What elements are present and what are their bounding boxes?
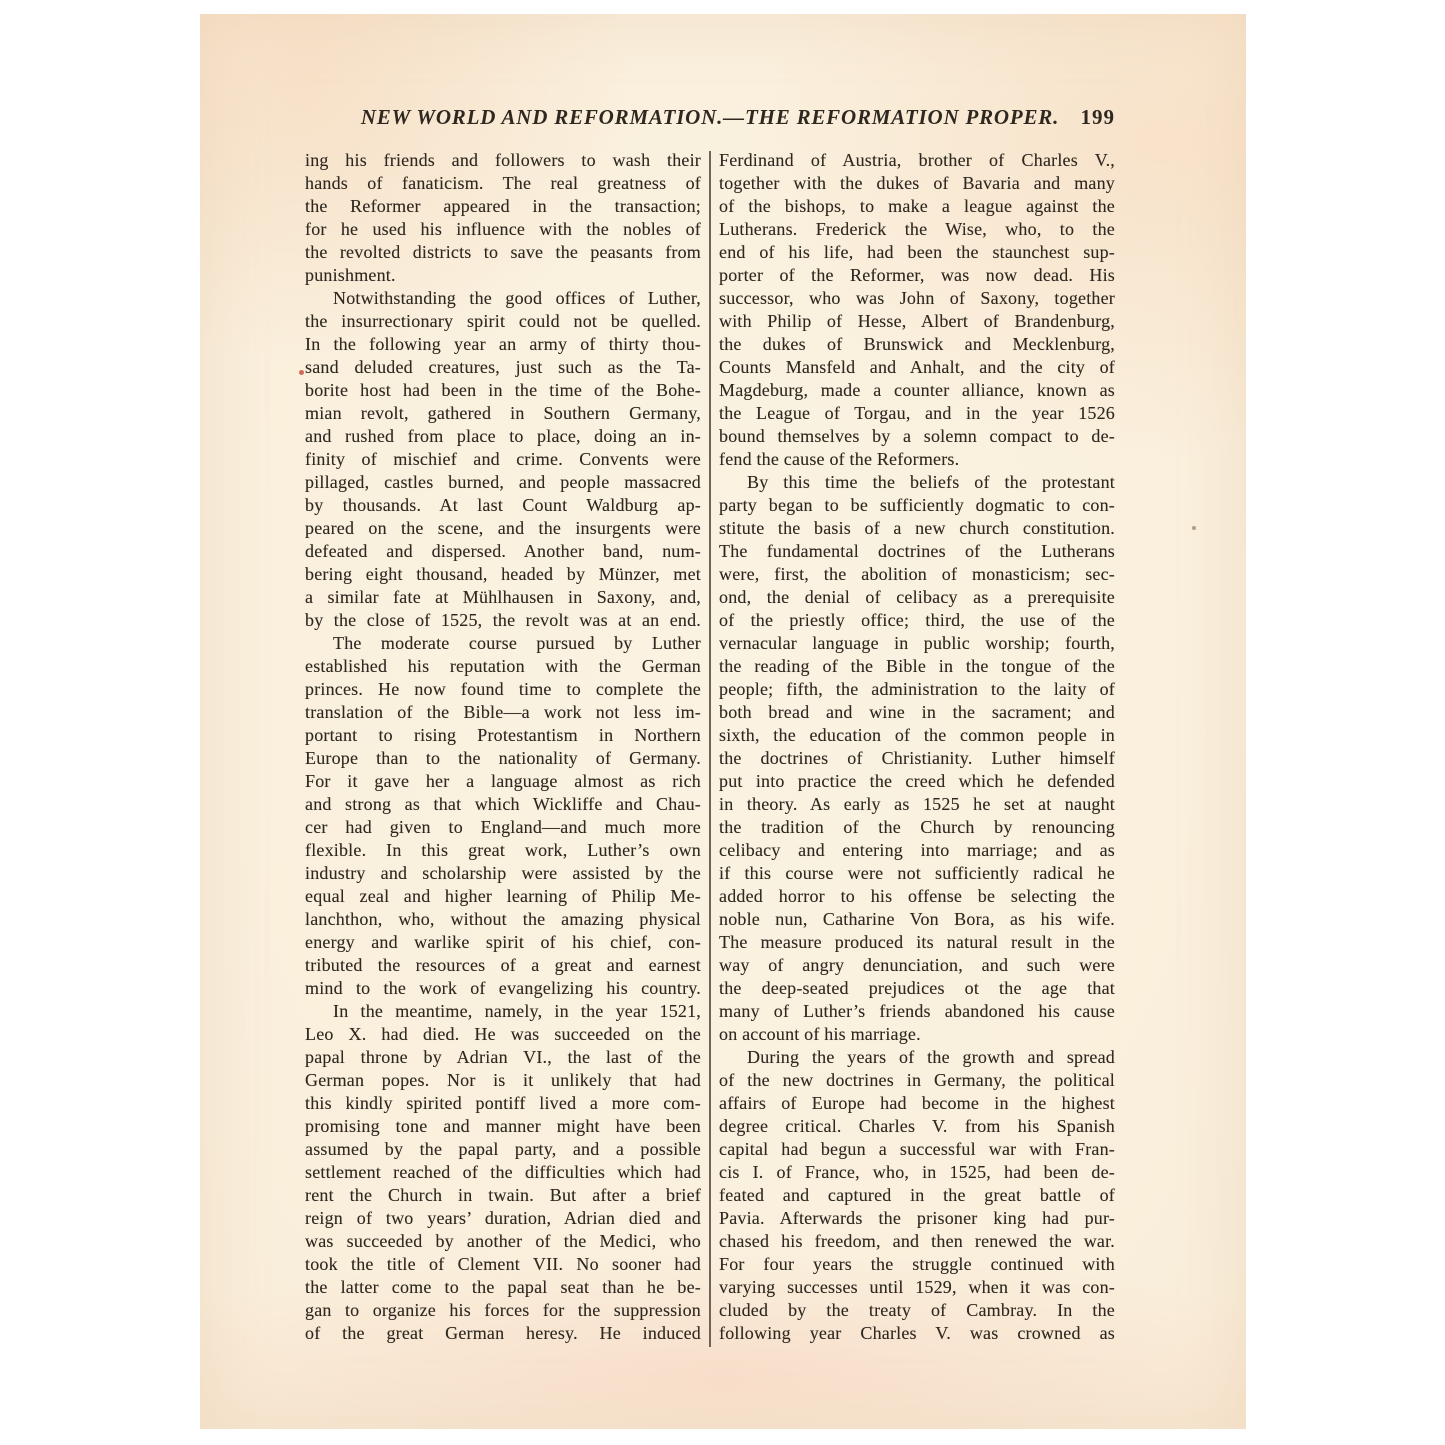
text-line: bound themselves by a solemn compact to … bbox=[719, 425, 1115, 448]
text-line: the latter come to the papal seat than h… bbox=[305, 1276, 701, 1299]
text-line: cis I. of France, who, in 1525, had been… bbox=[719, 1161, 1115, 1184]
text-line: put into practice the creed which he def… bbox=[719, 770, 1115, 793]
text-line: of the bishops, to make a league against… bbox=[719, 195, 1115, 218]
text-line: fend the cause of the Reformers. bbox=[719, 448, 1115, 471]
text-line: degree critical. Charles V. from his Spa… bbox=[719, 1115, 1115, 1138]
text-line: party began to be sufficiently dogmatic … bbox=[719, 494, 1115, 517]
text-line: peared on the scene, and the insurgents … bbox=[305, 517, 701, 540]
text-line: people; fifth, the administration to the… bbox=[719, 678, 1115, 701]
text-line: tributed the resources of a great and ea… bbox=[305, 954, 701, 977]
text-line: sixth, the education of the common peopl… bbox=[719, 724, 1115, 747]
text-line: the deep-seated prejudices ot the age th… bbox=[719, 977, 1115, 1000]
text-line: During the years of the growth and sprea… bbox=[719, 1046, 1115, 1069]
text-line: gan to organize his forces for the suppr… bbox=[305, 1299, 701, 1322]
text-line: on account of his marriage. bbox=[719, 1023, 1115, 1046]
text-columns: ing his friends and followers to wash th… bbox=[305, 149, 1115, 1345]
text-line: the tradition of the Church by renouncin… bbox=[719, 816, 1115, 839]
text-line: industry and scholarship were assisted b… bbox=[305, 862, 701, 885]
text-line: the League of Torgau, and in the year 15… bbox=[719, 402, 1115, 425]
text-line: together with the dukes of Bavaria and m… bbox=[719, 172, 1115, 195]
book-page-scan: NEW WORLD AND REFORMATION.—THE REFORMATI… bbox=[200, 14, 1246, 1429]
text-line: Lutherans. Frederick the Wise, who, to t… bbox=[719, 218, 1115, 241]
text-line: ing his friends and followers to wash th… bbox=[305, 149, 701, 172]
text-line: in theory. As early as 1525 he set at na… bbox=[719, 793, 1115, 816]
text-line: for he used his influence with the noble… bbox=[305, 218, 701, 241]
page-header: NEW WORLD AND REFORMATION.—THE REFORMATI… bbox=[305, 102, 1115, 132]
paragraph: During the years of the growth and sprea… bbox=[719, 1046, 1115, 1345]
text-line: cluded by the treaty of Cambray. In the bbox=[719, 1299, 1115, 1322]
text-line: following year Charles V. was crowned as bbox=[719, 1322, 1115, 1345]
text-line: portant to rising Protestantism in North… bbox=[305, 724, 701, 747]
text-line: In the meantime, namely, in the year 152… bbox=[305, 1000, 701, 1023]
text-column-left: ing his friends and followers to wash th… bbox=[305, 149, 701, 1345]
text-line: were, first, the abolition of monasticis… bbox=[719, 563, 1115, 586]
text-line: ond, the denial of celibacy as a prerequ… bbox=[719, 586, 1115, 609]
text-line: mian revolt, gathered in Southern German… bbox=[305, 402, 701, 425]
text-line: of the new doctrines in Germany, the pol… bbox=[719, 1069, 1115, 1092]
text-line: hands of fanaticism. The real greatness … bbox=[305, 172, 701, 195]
text-line: way of angry denunciation, and such were bbox=[719, 954, 1115, 977]
text-line: German popes. Nor is it unlikely that ha… bbox=[305, 1069, 701, 1092]
text-line: this kindly spirited pontiff lived a mor… bbox=[305, 1092, 701, 1115]
text-line: feated and captured in the great battle … bbox=[719, 1184, 1115, 1207]
text-line: papal throne by Adrian VI., the last of … bbox=[305, 1046, 701, 1069]
text-line: princes. He now found time to complete t… bbox=[305, 678, 701, 701]
page-number: 199 bbox=[1081, 102, 1116, 132]
paragraph: By this time the beliefs of the protesta… bbox=[719, 471, 1115, 1046]
text-line: pillaged, castles burned, and people mas… bbox=[305, 471, 701, 494]
paper-speck bbox=[299, 370, 304, 375]
text-line: lanchthon, who, without the amazing phys… bbox=[305, 908, 701, 931]
text-line: chased his freedom, and then renewed the… bbox=[719, 1230, 1115, 1253]
text-line: the dukes of Brunswick and Mecklenburg, bbox=[719, 333, 1115, 356]
paragraph: The moderate course pursued by Lutherest… bbox=[305, 632, 701, 1000]
text-line: porter of the Reformer, was now dead. Hi… bbox=[719, 264, 1115, 287]
text-line: stitute the basis of a new church consti… bbox=[719, 517, 1115, 540]
text-line: In the following year an army of thirty … bbox=[305, 333, 701, 356]
text-line: By this time the beliefs of the protesta… bbox=[719, 471, 1115, 494]
text-line: the Reformer appeared in the transaction… bbox=[305, 195, 701, 218]
text-line: The measure produced its natural result … bbox=[719, 931, 1115, 954]
text-line: the revolted districts to save the peasa… bbox=[305, 241, 701, 264]
text-line: sand deluded creatures, just such as the… bbox=[305, 356, 701, 379]
text-line: if this course were not sufficiently rad… bbox=[719, 862, 1115, 885]
text-line: promising tone and manner might have bee… bbox=[305, 1115, 701, 1138]
paper-speck bbox=[1192, 526, 1196, 530]
paragraph: Notwithstanding the good offices of Luth… bbox=[305, 287, 701, 632]
text-line: and strong as that which Wickliffe and C… bbox=[305, 793, 701, 816]
text-line: assumed by the papal party, and a possib… bbox=[305, 1138, 701, 1161]
text-line: flexible. In this great work, Luther’s o… bbox=[305, 839, 701, 862]
text-line: by thousands. At last Count Waldburg ap- bbox=[305, 494, 701, 517]
text-line: established his reputation with the Germ… bbox=[305, 655, 701, 678]
text-line: For it gave her a language almost as ric… bbox=[305, 770, 701, 793]
text-line: reign of two years’ duration, Adrian die… bbox=[305, 1207, 701, 1230]
text-line: defeated and dispersed. Another band, nu… bbox=[305, 540, 701, 563]
text-line: Leo X. had died. He was succeeded on the bbox=[305, 1023, 701, 1046]
text-line: many of Luther’s friends abandoned his c… bbox=[719, 1000, 1115, 1023]
text-line: The fundamental doctrines of the Luthera… bbox=[719, 540, 1115, 563]
text-line: borite host had been in the time of the … bbox=[305, 379, 701, 402]
text-line: bering eight thousand, headed by Münzer,… bbox=[305, 563, 701, 586]
text-line: the doctrines of Christianity. Luther hi… bbox=[719, 747, 1115, 770]
text-line: Pavia. Afterwards the prisoner king had … bbox=[719, 1207, 1115, 1230]
text-line: Notwithstanding the good offices of Luth… bbox=[305, 287, 701, 310]
text-line: punishment. bbox=[305, 264, 701, 287]
text-line: successor, who was John of Saxony, toget… bbox=[719, 287, 1115, 310]
text-line: settlement reached of the difficulties w… bbox=[305, 1161, 701, 1184]
text-line: Counts Mansfeld and Anhalt, and the city… bbox=[719, 356, 1115, 379]
column-divider-rule bbox=[709, 151, 711, 1347]
text-line: rent the Church in twain. But after a br… bbox=[305, 1184, 701, 1207]
text-line: Magdeburg, made a counter alliance, know… bbox=[719, 379, 1115, 402]
text-line: translation of the Bible—a work not less… bbox=[305, 701, 701, 724]
text-line: finity of mischief and crime. Convents w… bbox=[305, 448, 701, 471]
text-line: For four years the struggle continued wi… bbox=[719, 1253, 1115, 1276]
text-line: affairs of Europe had become in the high… bbox=[719, 1092, 1115, 1115]
text-line: was succeeded by another of the Medici, … bbox=[305, 1230, 701, 1253]
text-line: Ferdinand of Austria, brother of Charles… bbox=[719, 149, 1115, 172]
running-head: NEW WORLD AND REFORMATION.—THE REFORMATI… bbox=[305, 102, 1115, 132]
text-line: both bread and wine in the sacrament; an… bbox=[719, 701, 1115, 724]
text-line: the insurrectionary spirit could not be … bbox=[305, 310, 701, 333]
text-line: capital had begun a successful war with … bbox=[719, 1138, 1115, 1161]
text-line: of the great German heresy. He induced bbox=[305, 1322, 701, 1345]
text-line: equal zeal and higher learning of Philip… bbox=[305, 885, 701, 908]
text-line: cer had given to England—and much more bbox=[305, 816, 701, 839]
paragraph: Ferdinand of Austria, brother of Charles… bbox=[719, 149, 1115, 471]
text-line: energy and warlike spirit of his chief, … bbox=[305, 931, 701, 954]
text-line: Europe than to the nationality of German… bbox=[305, 747, 701, 770]
paragraph: ing his friends and followers to wash th… bbox=[305, 149, 701, 287]
text-line: celibacy and entering into marriage; and… bbox=[719, 839, 1115, 862]
text-line: and rushed from place to place, doing an… bbox=[305, 425, 701, 448]
text-column-right: Ferdinand of Austria, brother of Charles… bbox=[719, 149, 1115, 1345]
text-line: of the priestly office; third, the use o… bbox=[719, 609, 1115, 632]
text-line: varying successes until 1529, when it wa… bbox=[719, 1276, 1115, 1299]
text-line: vernacular language in public worship; f… bbox=[719, 632, 1115, 655]
text-line: by the close of 1525, the revolt was at … bbox=[305, 609, 701, 632]
text-line: with Philip of Hesse, Albert of Brandenb… bbox=[719, 310, 1115, 333]
text-line: took the title of Clement VII. No sooner… bbox=[305, 1253, 701, 1276]
text-line: end of his life, had been the staunchest… bbox=[719, 241, 1115, 264]
text-line: The moderate course pursued by Luther bbox=[305, 632, 701, 655]
text-line: the reading of the Bible in the tongue o… bbox=[719, 655, 1115, 678]
paragraph: In the meantime, namely, in the year 152… bbox=[305, 1000, 701, 1345]
text-line: added horror to his offense be selecting… bbox=[719, 885, 1115, 908]
text-line: a similar fate at Mühlhausen in Saxony, … bbox=[305, 586, 701, 609]
scan-background: { "header": { "title": "NEW WORLD AND RE… bbox=[0, 0, 1445, 1445]
text-line: mind to the work of evangelizing his cou… bbox=[305, 977, 701, 1000]
text-line: noble nun, Catharine Von Bora, as his wi… bbox=[719, 908, 1115, 931]
